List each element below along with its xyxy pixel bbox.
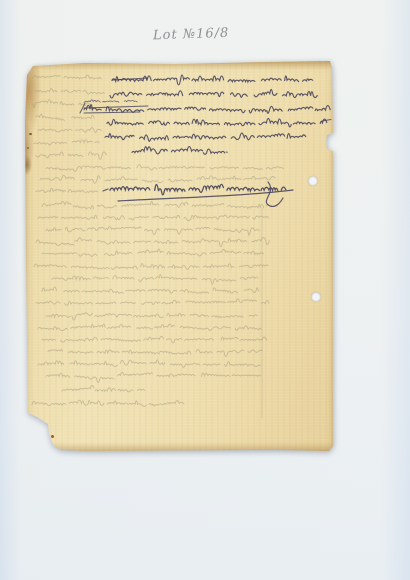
handwriting-layer xyxy=(25,61,333,452)
punch-hole xyxy=(311,292,321,302)
scan-page: { "annotation": { "text": "Lot №16/8" },… xyxy=(0,0,410,580)
manuscript-paper-wrap xyxy=(25,61,333,452)
lot-annotation: Lot №16/8 xyxy=(153,26,230,44)
punch-hole xyxy=(308,176,318,186)
manuscript-paper xyxy=(25,61,333,452)
